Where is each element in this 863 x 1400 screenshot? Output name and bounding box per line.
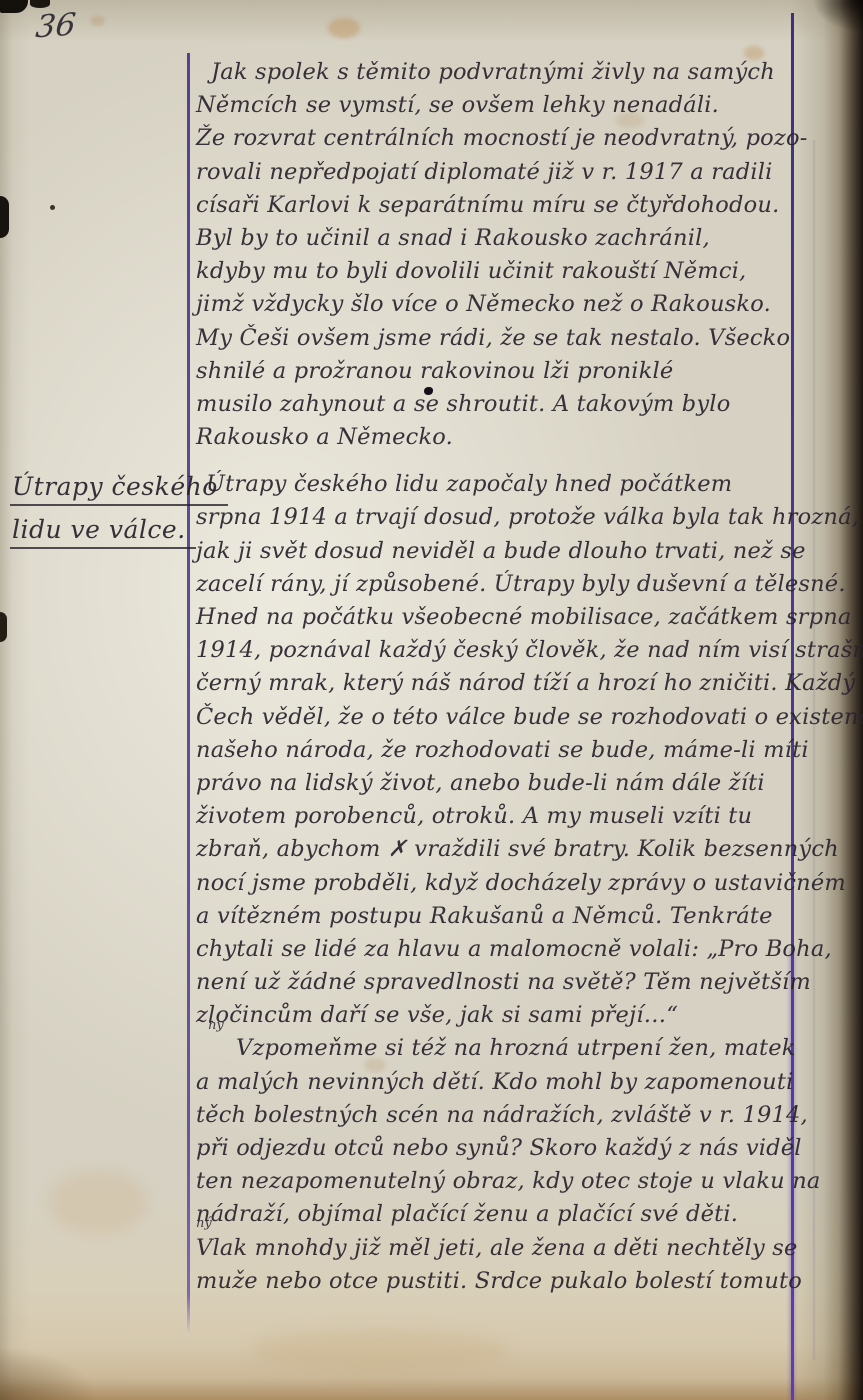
manuscript-line: právo na lidský život, anebo bude-li nám…: [196, 767, 808, 800]
manuscript-line: shnilé a prožranou rakovinou lži pronikl…: [196, 355, 808, 388]
foxing-stain: [250, 1330, 510, 1370]
manuscript-line: Že rozvrat centrálních mocností je neodv…: [196, 122, 808, 155]
manuscript-line: Vlak mnohdy již měl jeti, ale žena a dět…: [196, 1232, 808, 1265]
manuscript-line: jimž vždycky šlo více o Německo než o Ra…: [196, 288, 808, 321]
manuscript-line: zacelí rány, jí způsobené. Útrapy byly d…: [196, 568, 808, 601]
manuscript-text: Jak spolek s těmito podvratnými živly na…: [196, 56, 808, 1298]
corner-ink-mark: [0, 0, 28, 13]
manuscript-line: Vzpomeňme si též na hrozná utrpení žen, …: [236, 1032, 808, 1065]
manuscript-line: muže nebo otce pustiti. Srdce pukalo bol…: [196, 1265, 808, 1298]
foxing-stain: [48, 1170, 148, 1234]
manuscript-line: Byl by to učinil a snad i Rakousko zachr…: [196, 222, 808, 255]
manuscript-line: nocí jsme probděli, když docházely zpráv…: [196, 867, 808, 900]
foxing-stain: [328, 18, 360, 38]
manuscript-line: Hned na počátku všeobecné mobilisace, za…: [196, 601, 808, 634]
edge-ink-mark: [0, 612, 7, 642]
manuscript-line: při odjezdu otců nebo synů? Skoro každý …: [196, 1132, 808, 1165]
manuscript-line: srpna 1914 a trvají dosud, protože válka…: [196, 501, 808, 534]
manuscript-line: jak ji svět dosud neviděl a bude dlouho …: [196, 535, 808, 568]
manuscript-page: 36 Útrapy českého lidu ve válce. ny ný J…: [0, 0, 863, 1400]
manuscript-line: 1914, poznával každý český člověk, že na…: [196, 634, 808, 667]
page-number: 36: [34, 7, 78, 46]
foxing-stain: [90, 16, 105, 26]
manuscript-line: našeho národa, že rozhodovati se bude, m…: [196, 734, 808, 767]
margin-note-line: lidu ve válce.: [10, 515, 196, 549]
left-margin-rule: [187, 53, 190, 1333]
edge-ink-mark: [0, 196, 9, 238]
manuscript-line: Rakousko a Německo.: [196, 421, 808, 454]
manuscript-line: zločincům daří se vše, jak si sami přejí…: [196, 999, 808, 1032]
manuscript-line: císaři Karlovi k separátnímu míru se čty…: [196, 189, 808, 222]
manuscript-line: My Češi ovšem jsme rádi, že se tak nesta…: [196, 322, 808, 355]
manuscript-line: Útrapy českého lidu započaly hned počátk…: [206, 468, 808, 501]
manuscript-line: těch bolestných scén na nádražích, zvláš…: [196, 1099, 808, 1132]
manuscript-line: nádraží, objímal plačící ženu a plačící …: [196, 1198, 808, 1231]
manuscript-line: rovali nepředpojatí diplomaté již v r. 1…: [196, 156, 808, 189]
paper-speck: [50, 205, 55, 210]
manuscript-line: kdyby mu to byli dovolili učinit rakoušt…: [196, 255, 808, 288]
manuscript-line: chytali se lidé za hlavu a malomocně vol…: [196, 933, 808, 966]
manuscript-line: není už žádné spravedlnosti na světě? Tě…: [196, 966, 808, 999]
manuscript-line: Čech věděl, že o této válce bude se rozh…: [196, 701, 808, 734]
manuscript-line: musilo zahynout a se shroutit. A takovým…: [196, 388, 808, 421]
manuscript-line: černý mrak, který náš národ tíží a hrozí…: [196, 667, 808, 700]
manuscript-line: a malých nevinných dětí. Kdo mohl by zap…: [196, 1066, 808, 1099]
corner-ink-mark: [30, 0, 50, 8]
manuscript-line: Němcích se vymstí, se ovšem lehky nenadá…: [196, 89, 808, 122]
manuscript-line: zbraň, abychom ✗ vraždili své bratry. Ko…: [196, 833, 808, 866]
manuscript-line: a vítězném postupu Rakušanů a Němců. Ten…: [196, 900, 808, 933]
manuscript-line: životem porobenců, otroků. A my museli v…: [196, 800, 808, 833]
manuscript-line: ten nezapomenutelný obraz, kdy otec stoj…: [196, 1165, 808, 1198]
manuscript-line: Jak spolek s těmito podvratnými živly na…: [211, 56, 808, 89]
